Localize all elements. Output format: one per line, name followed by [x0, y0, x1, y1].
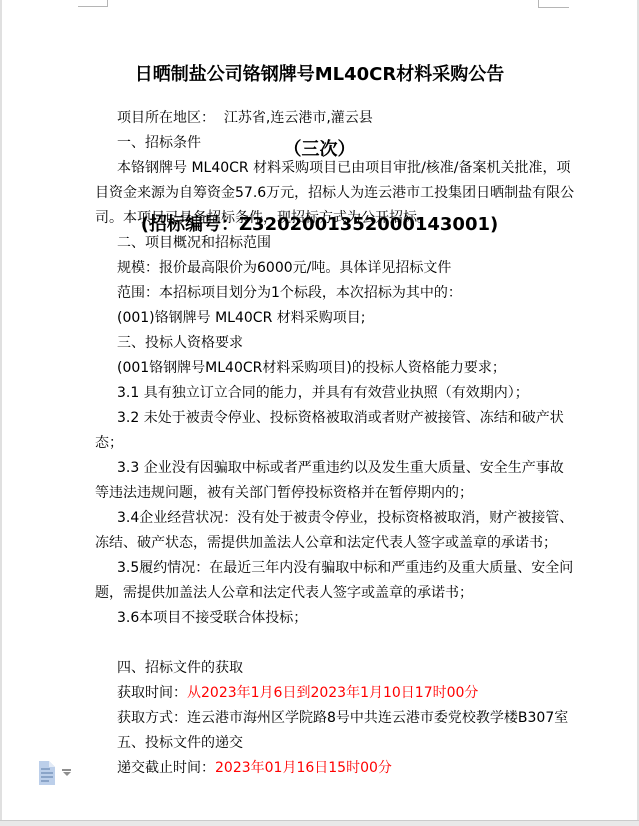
text-segment: 获取方式：连云港市海州区学院路8号中共连云港市委党校教学楼B307室: [117, 710, 568, 726]
text-segment: 目资金来源为自筹资金57.6万元，招标人为连云港市工投集团日晒制盐有限公: [95, 185, 574, 201]
paste-options-icon[interactable]: [37, 760, 57, 786]
text-line: 态；: [95, 431, 573, 456]
text-line: 四、招标文件的获取: [95, 656, 573, 681]
text-line: 获取时间：从2023年1月6日到2023年1月10日17时00分: [95, 681, 573, 706]
text-segment: 规模：报价最高限价为6000元/吨。具体详见招标文件: [117, 260, 451, 276]
document-page: 日晒制盐公司铬钢牌号ML40CR材料采购公告 （三次） (招标编号：Z32020…: [0, 0, 639, 826]
text-segment: 3.3 企业没有因骗取中标或者严重违约以及发生重大质量、安全生产事故: [117, 460, 564, 476]
text-line: 一、招标条件: [95, 131, 573, 156]
text-line: 范围：本招标项目划分为1个标段，本次招标为其中的：: [95, 281, 573, 306]
text-segment: 司。本项目已具备招标条件，现招标方式为公开招标。: [95, 210, 431, 226]
document-body: 项目所在地区： 江苏省,连云港市,灌云县一、招标条件本铬钢牌号 ML40CR 材…: [95, 106, 573, 781]
text-segment: (001)铬钢牌号 ML40CR 材料采购项目;: [117, 310, 365, 326]
text-segment: 范围：本招标项目划分为1个标段，本次招标为其中的：: [117, 285, 462, 301]
text-line: 五、投标文件的递交: [95, 731, 573, 756]
text-segment: 五、投标文件的递交: [117, 735, 243, 751]
margin-crop-mark-left: [78, 0, 108, 7]
text-segment: 项目所在地区： 江苏省,连云港市,灌云县: [117, 110, 373, 126]
text-segment: (001铬钢牌号ML40CR材料采购项目)的投标人资格能力要求；: [117, 360, 506, 376]
text-line: 目资金来源为自筹资金57.6万元，招标人为连云港市工投集团日晒制盐有限公: [95, 181, 573, 206]
text-line: 递交截止时间：2023年01月16日15时00分: [95, 756, 573, 781]
text-segment: 3.4企业经营状况：没有处于被责令停业，投标资格被取消，财产被接管、: [117, 510, 573, 526]
text-line: 等违法违规问题，被有关部门暂停投标资格并在暂停期内的；: [95, 481, 573, 506]
text-segment: 等违法违规问题，被有关部门暂停投标资格并在暂停期内的；: [95, 485, 473, 501]
blank-line: [95, 631, 573, 656]
text-segment: 3.5履约情况：在最近三年内没有骗取中标和严重违约及重大质量、安全问: [117, 560, 573, 576]
text-line: 3.4企业经营状况：没有处于被责令停业，投标资格被取消，财产被接管、: [95, 506, 573, 531]
text-line: 冻结、破产状态，需提供加盖法人公章和法定代表人签字或盖章的承诺书；: [95, 531, 573, 556]
text-line: 获取方式：连云港市海州区学院路8号中共连云港市委党校教学楼B307室: [95, 706, 573, 731]
text-segment: 三、投标人资格要求: [117, 335, 243, 351]
paste-options-button[interactable]: [37, 759, 75, 787]
text-segment: 3.2 未处于被责令停业、投标资格被取消或者财产被接管、冻结和破产状: [117, 410, 564, 426]
text-line: 3.6本项目不接受联合体投标；: [95, 606, 573, 631]
text-segment: 3.1 具有独立订立合同的能力，并具有有效营业执照（有效期内）；: [117, 385, 529, 401]
text-line: 项目所在地区： 江苏省,连云港市,灌云县: [95, 106, 573, 131]
text-segment: 一、招标条件: [117, 135, 201, 151]
text-line: 3.5履约情况：在最近三年内没有骗取中标和严重违约及重大质量、安全问: [95, 556, 573, 581]
text-line: 二、项目概况和招标范围: [95, 231, 573, 256]
text-segment: 获取时间：: [117, 685, 187, 701]
text-segment: 2023年01月16日15时00分: [215, 760, 392, 776]
text-line: 3.3 企业没有因骗取中标或者严重违约以及发生重大质量、安全生产事故: [95, 456, 573, 481]
text-segment: 二、项目概况和招标范围: [117, 235, 271, 251]
text-segment: 题，需提供加盖法人公章和法定代表人签字或盖章的承诺书；: [95, 585, 473, 601]
text-line: 本铬钢牌号 ML40CR 材料采购项目已由项目审批/核准/备案机关批准，项: [95, 156, 573, 181]
text-line: (001)铬钢牌号 ML40CR 材料采购项目;: [95, 306, 573, 331]
title-line-1: 日晒制盐公司铬钢牌号ML40CR材料采购公告: [0, 62, 639, 87]
text-segment: 态；: [95, 435, 123, 451]
page-bottom-edge: [0, 820, 639, 826]
text-segment: 3.6本项目不接受联合体投标；: [117, 610, 307, 626]
text-line: 司。本项目已具备招标条件，现招标方式为公开招标。: [95, 206, 573, 231]
text-segment: 冻结、破产状态，需提供加盖法人公章和法定代表人签字或盖章的承诺书；: [95, 535, 557, 551]
text-line: 3.2 未处于被责令停业、投标资格被取消或者财产被接管、冻结和破产状: [95, 406, 573, 431]
text-segment: 从2023年1月6日到2023年1月10日17时00分: [187, 685, 478, 701]
margin-crop-mark-right: [538, 0, 569, 8]
text-segment: 四、招标文件的获取: [117, 660, 243, 676]
text-line: 题，需提供加盖法人公章和法定代表人签字或盖章的承诺书；: [95, 581, 573, 606]
text-line: (001铬钢牌号ML40CR材料采购项目)的投标人资格能力要求；: [95, 356, 573, 381]
text-line: 规模：报价最高限价为6000元/吨。具体详见招标文件: [95, 256, 573, 281]
chevron-down-icon[interactable]: [62, 769, 71, 776]
text-line: 3.1 具有独立订立合同的能力，并具有有效营业执照（有效期内）；: [95, 381, 573, 406]
text-segment: 递交截止时间：: [117, 760, 215, 776]
text-segment: 本铬钢牌号 ML40CR 材料采购项目已由项目审批/核准/备案机关批准，项: [117, 160, 571, 176]
text-line: 三、投标人资格要求: [95, 331, 573, 356]
